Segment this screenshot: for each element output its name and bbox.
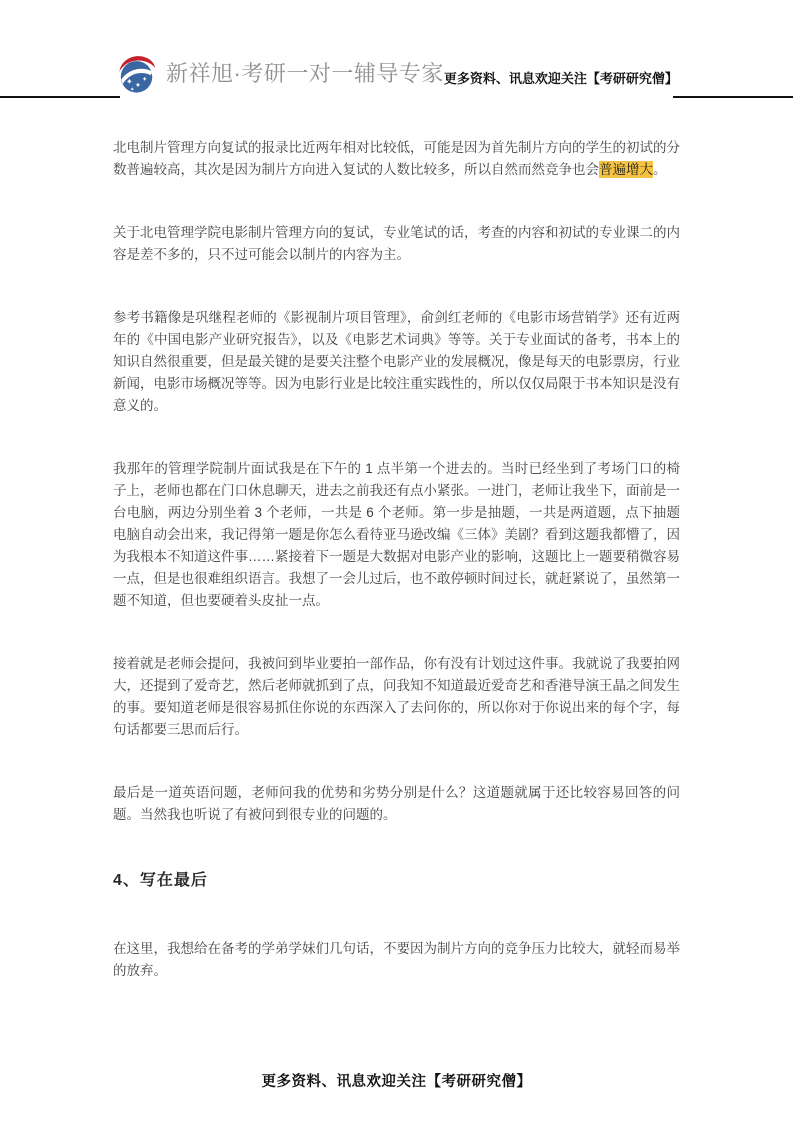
article-body: 北电制片管理方向复试的报录比近两年相对比较低，可能是因为首先制片方向的学生的初试… — [0, 98, 793, 982]
brand-name: 新祥旭·考研一对一辅导专家 — [166, 57, 444, 88]
divider-left-segment — [0, 96, 120, 98]
paragraph-teacher-questions: 接着就是老师会提问，我被问到毕业要拍一部作品，你有没有计划过这件事。我就说了我要… — [113, 653, 680, 741]
paragraph-final-words: 在这里，我想给在备考的学弟学妹们几句话，不要因为制片方向的竞争压力比较大，就轻而… — [113, 938, 680, 982]
footer-notice: 更多资料、讯息欢迎关注【考研研究僧】 — [262, 1070, 532, 1091]
paragraph-written-exam: 关于北电管理学院电影制片管理方向的复试，专业笔试的话，考查的内容和初试的专业课二… — [113, 222, 680, 266]
paragraph-text: 北电制片管理方向复试的报录比近两年相对比较低，可能是因为首先制片方向的学生的初试… — [113, 140, 680, 177]
paragraph-text: 。 — [653, 162, 667, 177]
brand: 新祥旭·考研一对一辅导专家 — [116, 49, 444, 95]
header-divider — [0, 96, 793, 98]
divider-right-segment — [673, 96, 793, 98]
page-footer: 更多资料、讯息欢迎关注【考研研究僧】 — [0, 1070, 793, 1091]
page-header: 新祥旭·考研一对一辅导专家 更多资料、讯息欢迎关注【考研研究僧】 — [0, 0, 793, 96]
section-heading: 4、写在最后 — [113, 867, 680, 890]
paragraph-reference-books: 参考书籍像是巩继程老师的《影视制片项目管理》，俞剑红老师的《电影市场营销学》还有… — [113, 307, 680, 417]
paragraph-recruit-ratio: 北电制片管理方向复试的报录比近两年相对比较低，可能是因为首先制片方向的学生的初试… — [113, 137, 680, 181]
paragraph-interview-experience: 我那年的管理学院制片面试我是在下午的 1 点半第一个进去的。当时已经坐到了考场门… — [113, 458, 680, 612]
paragraph-english-question: 最后是一道英语问题，老师问我的优势和劣势分别是什么？这道题就属于还比较容易回答的… — [113, 782, 680, 826]
brand-logo-icon — [116, 51, 158, 95]
header-notice: 更多资料、讯息欢迎关注【考研研究僧】 — [444, 68, 678, 87]
document-page: 新祥旭·考研一对一辅导专家 更多资料、讯息欢迎关注【考研研究僧】 北电制片管理方… — [0, 0, 793, 1121]
highlighted-text: 普遍增大 — [599, 161, 653, 178]
